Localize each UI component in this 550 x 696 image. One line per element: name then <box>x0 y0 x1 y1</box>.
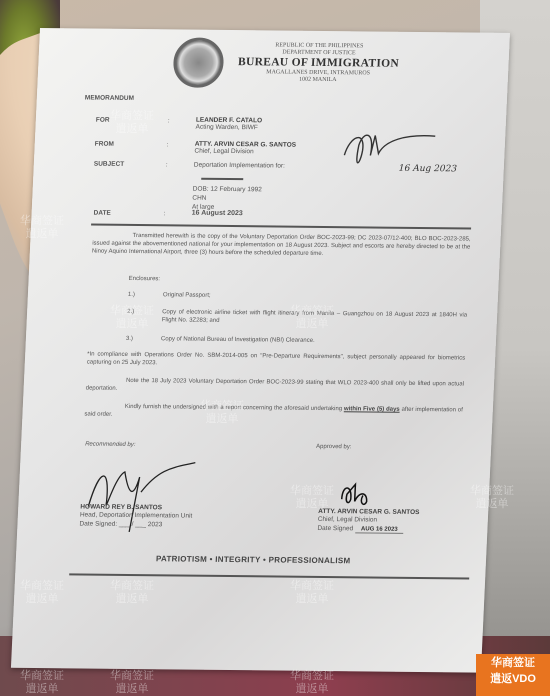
letterhead-agency: BUREAU OF IMMIGRATION <box>218 56 419 71</box>
date-label: DATE <box>93 210 111 217</box>
recommending-signatory: HOWARD REY B. SANTOS Head, Deportation I… <box>79 503 193 529</box>
report-request: Kindly furnish the undersigned with a re… <box>84 402 463 422</box>
brand-badge: 华商签证 遣返VDO <box>476 654 550 696</box>
report-request-deadline: within Five (5) days <box>344 406 400 413</box>
letterhead-address2: 1002 MANILA <box>218 76 418 85</box>
memorandum-document: REPUBLIC OF THE PHILIPPINES DEPARTMENT O… <box>11 28 510 673</box>
subject-nationality: CHN <box>192 194 206 201</box>
redaction-line <box>201 178 243 180</box>
approving-signature-icon <box>336 479 377 509</box>
recommending-name: HOWARD REY B. SANTOS <box>80 503 162 511</box>
paragraph-transmittal: Transmitted herewith is the copy of the … <box>92 232 471 260</box>
wlo-note: Note the 18 July 2023 Voluntary Deportat… <box>85 377 464 397</box>
recommending-title: Head, Deportation Implementation Unit <box>80 512 193 520</box>
subject-text: Deportation Implementation for: <box>194 162 285 170</box>
recommended-label: Recommended by: <box>85 440 136 449</box>
enclosure-2-num: 2.) <box>127 308 147 316</box>
for-recipient: LEANDER F. CATALO Acting Warden, BIWF <box>195 117 262 132</box>
from-label: FROM <box>95 141 114 148</box>
footer-divider <box>69 573 469 579</box>
memo-date: 16 August 2023 <box>192 210 243 218</box>
enclosure-3-num: 3.) <box>126 335 146 343</box>
letterhead: REPUBLIC OF THE PHILIPPINES DEPARTMENT O… <box>218 42 420 85</box>
subject-dob: DOB: 12 February 1992 <box>193 186 262 194</box>
memo-type: MEMORANDUM <box>85 94 134 102</box>
from-title: Chief, Legal Division <box>194 148 254 156</box>
subject-details: DOB: 12 February 1992 CHN At large <box>192 186 262 213</box>
approving-date-stamp: AUG 16 2023 <box>355 526 404 534</box>
for-title: Acting Warden, BIWF <box>195 124 258 132</box>
footer-motto: PATRIOTISM • INTEGRITY • PROFESSIONALISM <box>156 554 351 565</box>
date-colon: : <box>163 210 165 217</box>
header-divider <box>91 224 471 229</box>
enclosure-1-num: 1.) <box>128 291 148 299</box>
approving-name: ATTY. ARVIN CESAR G. SANTOS <box>318 508 420 516</box>
enclosure-2-text: Copy of electronic airline ticket with f… <box>162 308 468 327</box>
handwritten-date: 16 Aug 2023 <box>399 164 458 175</box>
subject-label: SUBJECT <box>94 161 125 168</box>
recommending-date: Date Signed: ___ / ___ 2023 <box>79 520 162 528</box>
from-sender: ATTY. ARVIN CESAR G. SANTOS Chief, Legal… <box>194 141 296 156</box>
for-colon: : <box>168 117 170 124</box>
approved-label: Approved by: <box>316 443 352 451</box>
enclosures-label: Enclosures: <box>128 275 160 283</box>
approving-date-label: Date Signed <box>317 525 353 532</box>
from-colon: : <box>167 141 169 148</box>
for-label: FOR <box>96 117 110 124</box>
badge-line2: 遣返VDO <box>476 672 550 688</box>
subject-colon: : <box>166 161 168 168</box>
badge-line1: 华商签证 <box>476 656 550 672</box>
enclosure-3-text: Copy of National Bureau of Investigation… <box>161 335 461 346</box>
report-request-pre: Kindly furnish the undersigned with a re… <box>125 404 344 412</box>
approving-title: Chief, Legal Division <box>318 516 378 524</box>
compliance-note: *In compliance with Operations Order No.… <box>87 351 466 371</box>
approving-signatory: ATTY. ARVIN CESAR G. SANTOS Chief, Legal… <box>317 508 419 535</box>
enclosure-1-text: Original Passport; <box>163 291 463 302</box>
